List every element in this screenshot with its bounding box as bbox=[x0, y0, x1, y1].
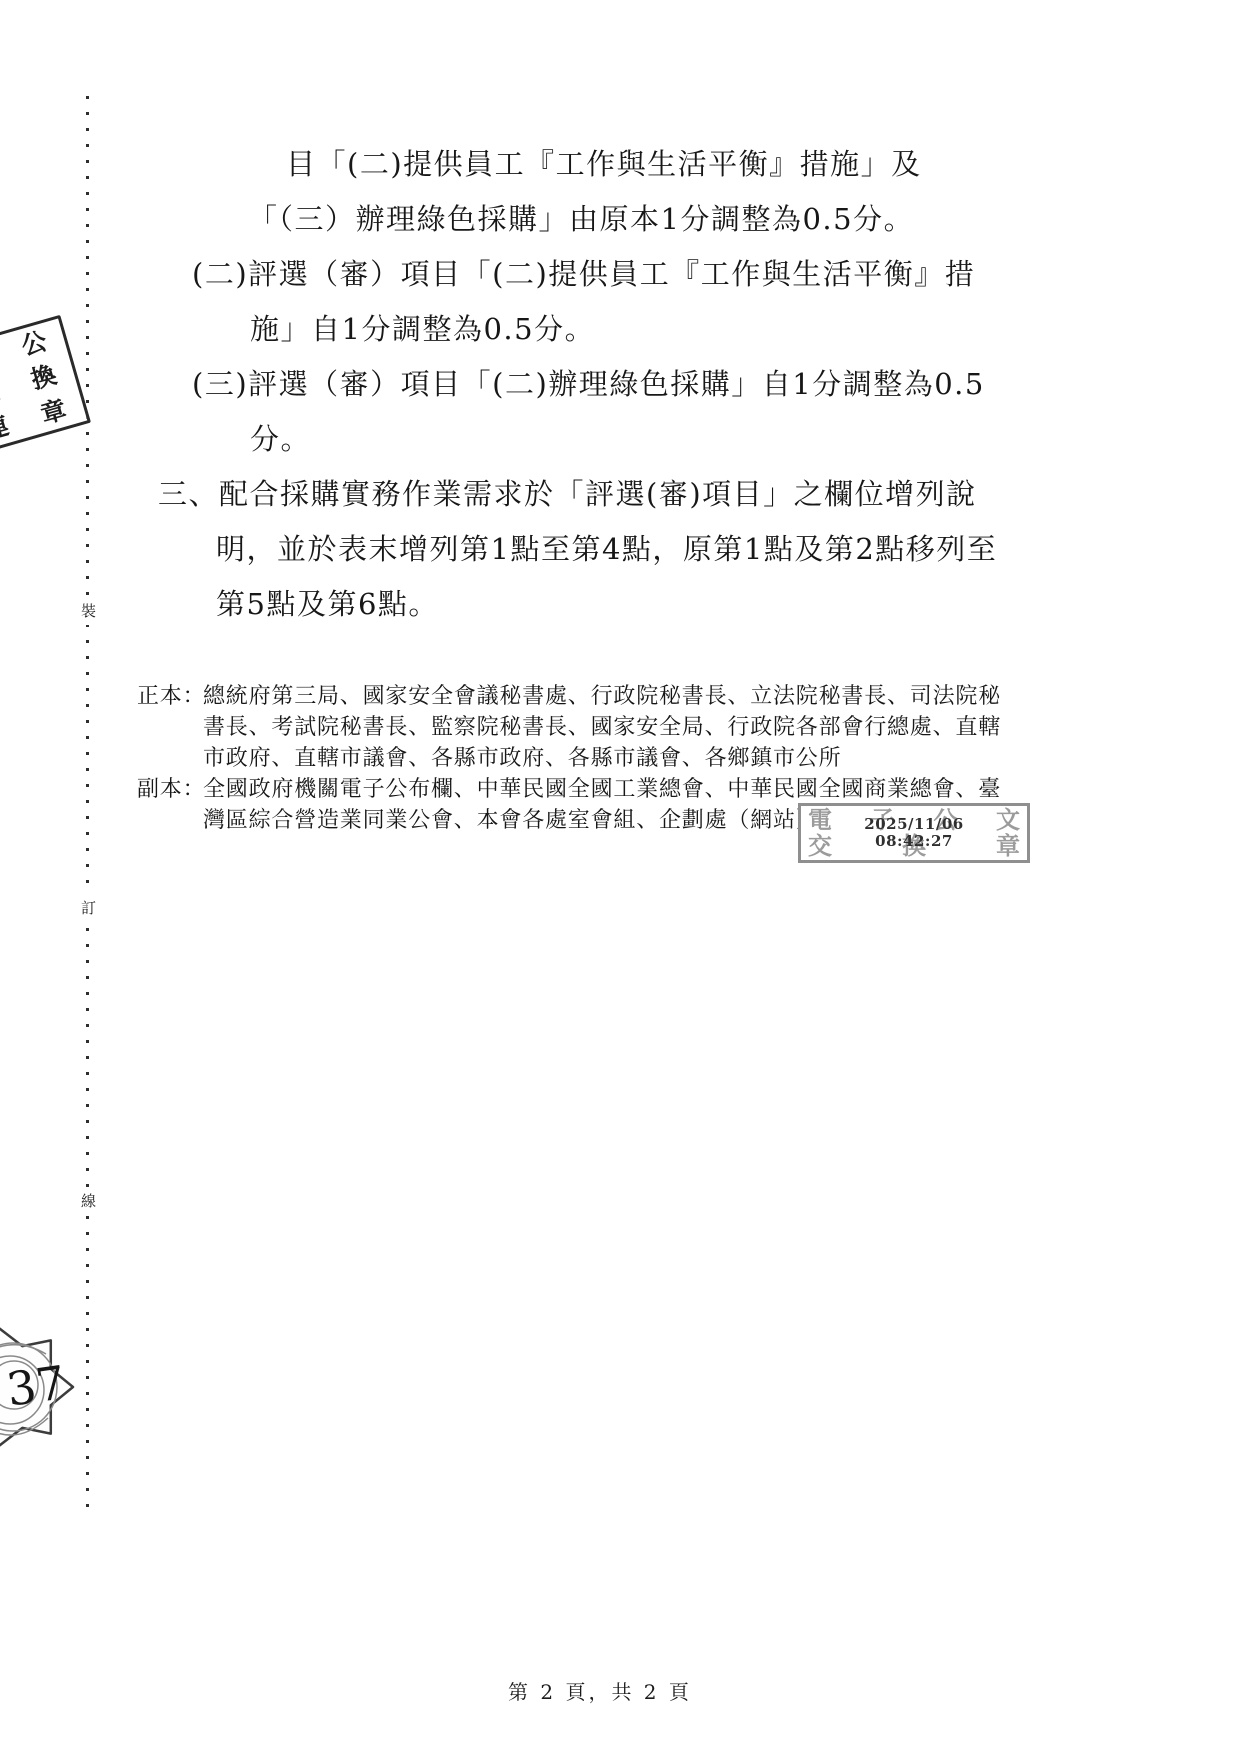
binding-label-zhuang: 裝 bbox=[78, 598, 99, 625]
stamp-char: 公 bbox=[19, 328, 50, 359]
body-line: 三、配合採購實務作業需求於「評選(審)項目」之欄位增列說 bbox=[158, 478, 977, 511]
exchange-timestamp: 2025/11/06 08:42:27 bbox=[864, 816, 963, 851]
exchange-stamp-left: 文 公 交 換 連 章 bbox=[0, 315, 91, 457]
carbon-copy-line: 灣區綜合營造業同業公會、本會各處室會組、企劃處（網站） bbox=[203, 808, 819, 834]
body-line: 目「(二)提供員工『工作與生活平衡』措施」及 bbox=[286, 148, 922, 181]
document-page: 裝 訂 線 文 公 交 換 連 章 37 目「(二)提供員工『工作與生活平衡』措… bbox=[0, 0, 1241, 1754]
stamp-char: 章 bbox=[996, 834, 1020, 858]
stamp-char: 電 bbox=[808, 808, 832, 832]
electronic-exchange-stamp: 電 子 公 文 交 換 章 2025/11/06 08:42:27 bbox=[798, 803, 1030, 863]
body-line: 「（三）辦理綠色採購」由原本1分調整為0.5分。 bbox=[248, 203, 914, 236]
control-number: 37 bbox=[3, 1355, 68, 1417]
stamp-char: 換 bbox=[28, 362, 59, 393]
body-line: (二)評選（審）項目「(二)提供員工『工作與生活平衡』措 bbox=[192, 258, 975, 291]
original-copy-line: 總統府第三局、國家安全會議秘書處、行政院秘書長、立法院秘書長、司法院秘 bbox=[203, 684, 1001, 710]
body-line: 施」自1分調整為0.5分。 bbox=[250, 313, 595, 346]
binding-label-ding: 訂 bbox=[78, 895, 99, 922]
body-line: 分。 bbox=[250, 423, 311, 456]
stamp-char: 交 bbox=[0, 379, 2, 410]
stamp-char: 連 bbox=[0, 413, 11, 444]
binding-label-xian: 線 bbox=[78, 1188, 99, 1215]
carbon-copy-label: 副本： bbox=[137, 777, 205, 803]
body-line: (三)評選（審）項目「(二)辦理綠色採購」自1分調整為0.5 bbox=[192, 368, 985, 401]
control-number-stamp: 37 bbox=[0, 1322, 80, 1454]
original-copy-label: 正本： bbox=[137, 684, 205, 710]
original-copy-line: 市政府、直轄市議會、各縣市政府、各縣市議會、各鄉鎮市公所 bbox=[203, 746, 841, 772]
stamp-char: 章 bbox=[38, 396, 69, 427]
carbon-copy-line: 全國政府機關電子公布欄、中華民國全國工業總會、中華民國全國商業總會、臺 bbox=[203, 777, 1001, 803]
stamp-char: 文 bbox=[996, 808, 1020, 832]
exchange-time: 08:42:27 bbox=[864, 833, 963, 850]
page-number-footer: 第 2 頁，共 2 頁 bbox=[508, 1676, 692, 1705]
stamp-char: 交 bbox=[808, 834, 832, 858]
exchange-date: 2025/11/06 bbox=[864, 816, 963, 833]
body-line: 第5點及第6點。 bbox=[216, 588, 439, 621]
original-copy-line: 書長、考試院秘書長、監察院秘書長、國家安全局、行政院各部會行總處、直轄 bbox=[203, 715, 1001, 741]
binding-dotted-line bbox=[86, 96, 89, 1516]
body-line: 明，並於表末增列第1點至第4點，原第1點及第2點移列至 bbox=[216, 533, 997, 566]
